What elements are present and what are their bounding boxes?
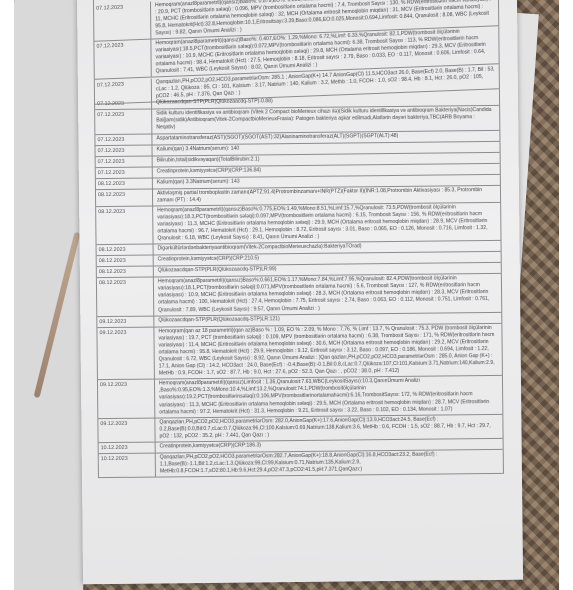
test-date: 08.12.2023 [96, 178, 153, 189]
lab-results-table: 07.12.2023 Hemoqram(anazl8parametrli)(qa… [93, 0, 504, 478]
test-date: 09.12.2023 [98, 418, 155, 442]
test-result-text: Hemoqram(qan az 18 parametrli)(qan az)Ba… [154, 324, 502, 379]
test-date: 08.12.2023 [97, 245, 154, 256]
test-result-text: Sidik kulturu identifikasiya və antibioq… [152, 106, 499, 133]
test-date: 07.12.2023 [96, 156, 153, 167]
document-photo: 07.12.2023 Hemoqram(anazl8parametrli)(qa… [14, 0, 559, 590]
test-date: 07.12.2023 [96, 167, 153, 178]
test-date: 09.12.2023 [97, 327, 155, 379]
test-result-text: Hemoqram(anazl8parametrli)(qansız)Baso%:… [153, 203, 500, 244]
table-row: 09.12.2023 Hemoqram(qan az 18 parametrli… [97, 324, 502, 381]
test-date: 07.12.2023 [95, 110, 152, 134]
test-date: 09.12.2023 [98, 380, 155, 418]
test-date: 08.12.2023 [96, 206, 153, 244]
test-date: 07.12.2023 [94, 40, 151, 80]
table-row: 08.12.2023 Hemoqram(anazl8parametrli)(qa… [97, 274, 501, 317]
test-date: 09.12.2023 [97, 316, 154, 327]
test-result-text: Hemoqram(anazl8parametrli)(qansız)Baso%:… [154, 274, 501, 315]
test-date: 07.12.2023 [95, 145, 152, 156]
table-row: 09.12.2023 Hemoqram(anazl8parametrli)(qa… [98, 376, 502, 419]
test-date: 07.12.2023 [94, 2, 151, 42]
test-result-text: Qanqazları,PH,pCO2,pO2,HCO3,parametrlərO… [156, 450, 503, 477]
test-result-text: Qanqazları,PH,pCO2,pO2,HCO3,parametrlərO… [155, 415, 502, 442]
test-date: 10.12.2023 [99, 454, 156, 478]
test-date: 10.12.2023 [99, 443, 156, 454]
test-date: 07.12.2023 [95, 79, 152, 104]
table-row: 10.12.2023 Qanqazları,PH,pCO2,pO2,HCO3,p… [99, 450, 503, 479]
table-row: 08.12.2023 Hemoqram(anazl8parametrli)(qa… [96, 203, 500, 246]
test-result-text: Hemoqram(anazl8parametrli)(qansız)Limfos… [155, 376, 502, 417]
lab-results-sheet: 07.12.2023 Hemoqram(anazl8parametrli)(qa… [77, 0, 523, 584]
test-date: 08.12.2023 [97, 256, 154, 267]
test-date: 08.12.2023 [97, 278, 154, 316]
test-date: 08.12.2023 [96, 189, 153, 206]
test-date: 07.12.2023 [95, 134, 152, 145]
test-date: 08.12.2023 [97, 267, 154, 278]
